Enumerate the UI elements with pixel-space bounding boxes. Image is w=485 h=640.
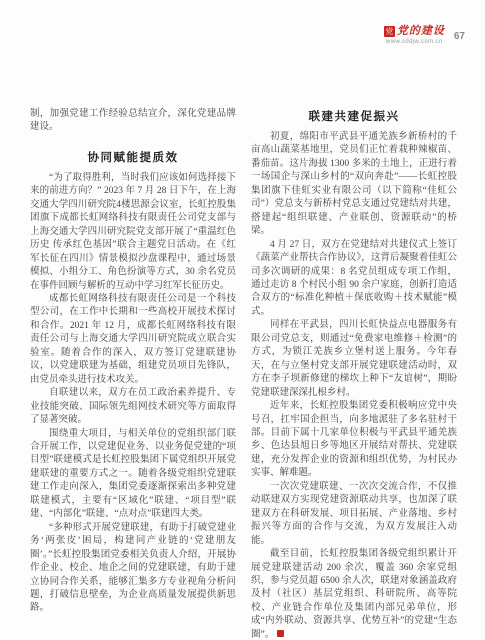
paragraph-last: 截至目前，长虹控股集团各级党组织累计开展党建联建活动 200 余次，覆盖 360… bbox=[251, 548, 457, 640]
article-end-icon bbox=[277, 630, 284, 637]
left-column: 制，加强党建工作经验总结宣介，深化党建品牌建设。 协同赋能提质效 “为了取得胜利… bbox=[30, 108, 236, 640]
paragraph: 近年来，长虹控股集团党委积极响应党中央号召，扛牢国企担当，向多地派驻了多名驻村干… bbox=[251, 400, 457, 481]
paragraph: 4 月 27 日，双方在党建结对共建仪式上签订《蔬菜产业帮扶合作协议》，这背后凝… bbox=[251, 239, 457, 320]
paragraph: “为了取得胜利，当时我们应该如何选择接下来的前进方向？” 2023 年 7 月 … bbox=[30, 172, 236, 293]
seal-icon: 党 bbox=[384, 26, 395, 37]
logo-title: 党的建设 bbox=[397, 26, 445, 37]
paragraph: 同样在平武县，四川长虹快益点电器服务有限公司党总支，则通过“免费家电维修＋检测”… bbox=[251, 319, 457, 400]
page-header: 党 党的建设 www.sddjw.com.cn 67 bbox=[384, 26, 465, 45]
right-column: 联建共建促振兴 初夏，绵阳市平武县平通羌族乡新桥村的千亩高山蔬菜基地里，党员们正… bbox=[251, 108, 457, 640]
paragraph: 围绕重大项目，与相关单位的党组织部门联合开展工作，以党建促业务、以业务促党建的“… bbox=[30, 428, 236, 522]
paragraph: 成都长虹网络科技有限责任公司是一个科技型公司，在工作中长期和一些高校开展技术探讨… bbox=[30, 293, 236, 387]
paragraph: 自联建以来，双方在员工政治素养提升、专业技能突破、国际领先组网技术研究等方面取得… bbox=[30, 387, 236, 427]
logo-url: www.sddjw.com.cn bbox=[384, 39, 445, 45]
logo-row: 党 党的建设 bbox=[384, 26, 445, 37]
continuation-paragraph: 制，加强党建工作经验总结宣介，深化党建品牌建设。 bbox=[30, 108, 236, 135]
magazine-page: 党 党的建设 www.sddjw.com.cn 67 制，加强党建工作经验总结宣… bbox=[0, 0, 485, 640]
article-content: 制，加强党建工作经验总结宣介，深化党建品牌建设。 协同赋能提质效 “为了取得胜利… bbox=[30, 108, 458, 640]
paragraph-text: 截至目前，长虹控股集团各级党组织累计开展党建联建活动 200 余次，覆盖 360… bbox=[251, 549, 457, 640]
paragraph: 一次次党建联建、一次次交流合作，不仅推动联建双方实现党建资源联动共享，也加深了联… bbox=[251, 481, 457, 548]
paragraph: 初夏，绵阳市平武县平通羌族乡新桥村的千亩高山蔬菜基地里，党员们正忙着栽种辣椒苗、… bbox=[251, 131, 457, 239]
paragraph: “多种形式开展党建联建，有助于打破党建业务‘两张皮’困局，构建同产业链的‘党建朋… bbox=[30, 522, 236, 616]
page-number: 67 bbox=[454, 31, 465, 42]
section-title-right: 联建共建促振兴 bbox=[251, 108, 457, 124]
section-title-left: 协同赋能提质效 bbox=[30, 149, 236, 165]
magazine-logo: 党 党的建设 www.sddjw.com.cn bbox=[384, 26, 445, 45]
